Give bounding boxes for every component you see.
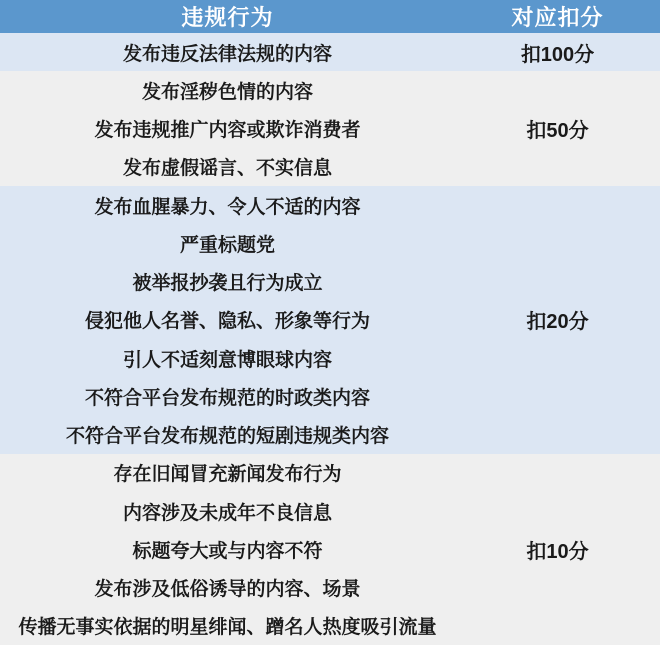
behavior-cell: 发布违规推广内容或欺诈消费者	[0, 110, 455, 148]
score-cell: 扣10分	[455, 454, 660, 645]
behavior-list: 发布淫秽色情的内容发布违规推广内容或欺诈消费者发布虚假谣言、不实信息	[0, 71, 455, 186]
score-cell: 扣20分	[455, 186, 660, 454]
behavior-list: 发布违反法律法规的内容	[0, 33, 455, 71]
behavior-cell: 发布血腥暴力、令人不适的内容	[0, 186, 455, 224]
behavior-cell: 发布淫秽色情的内容	[0, 71, 455, 109]
table-body: 发布违反法律法规的内容扣100分发布淫秽色情的内容发布违规推广内容或欺诈消费者发…	[0, 33, 660, 645]
behavior-cell: 发布虚假谣言、不实信息	[0, 148, 455, 186]
behavior-cell: 传播无事实依据的明星绯闻、蹭名人热度吸引流量	[0, 607, 455, 645]
behavior-cell: 内容涉及未成年不良信息	[0, 492, 455, 530]
score-group-3: 存在旧闻冒充新闻发布行为内容涉及未成年不良信息标题夸大或与内容不符发布涉及低俗诱…	[0, 454, 660, 645]
behavior-cell: 侵犯他人名誉、隐私、形象等行为	[0, 301, 455, 339]
behavior-cell: 不符合平台发布规范的时政类内容	[0, 377, 455, 415]
score-group-1: 发布淫秽色情的内容发布违规推广内容或欺诈消费者发布虚假谣言、不实信息扣50分	[0, 71, 660, 186]
behavior-cell: 不符合平台发布规范的短剧违规类内容	[0, 416, 455, 454]
header-cell-behavior: 违规行为	[0, 0, 455, 33]
behavior-cell: 严重标题党	[0, 224, 455, 262]
behavior-list: 发布血腥暴力、令人不适的内容严重标题党被举报抄袭且行为成立侵犯他人名誉、隐私、形…	[0, 186, 455, 454]
behavior-cell: 发布涉及低俗诱导的内容、场景	[0, 569, 455, 607]
behavior-cell: 发布违反法律法规的内容	[0, 33, 455, 71]
behavior-cell: 标题夸大或与内容不符	[0, 530, 455, 568]
table-header-row: 违规行为 对应扣分	[0, 0, 660, 33]
behavior-cell: 被举报抄袭且行为成立	[0, 263, 455, 301]
score-cell: 扣50分	[455, 71, 660, 186]
score-cell: 扣100分	[455, 33, 660, 71]
behavior-list: 存在旧闻冒充新闻发布行为内容涉及未成年不良信息标题夸大或与内容不符发布涉及低俗诱…	[0, 454, 455, 645]
behavior-cell: 存在旧闻冒充新闻发布行为	[0, 454, 455, 492]
score-group-2: 发布血腥暴力、令人不适的内容严重标题党被举报抄袭且行为成立侵犯他人名誉、隐私、形…	[0, 186, 660, 454]
behavior-cell: 引人不适刻意博眼球内容	[0, 339, 455, 377]
score-group-0: 发布违反法律法规的内容扣100分	[0, 33, 660, 71]
header-cell-score: 对应扣分	[455, 0, 660, 33]
violation-score-table: 违规行为 对应扣分 发布违反法律法规的内容扣100分发布淫秽色情的内容发布违规推…	[0, 0, 660, 645]
